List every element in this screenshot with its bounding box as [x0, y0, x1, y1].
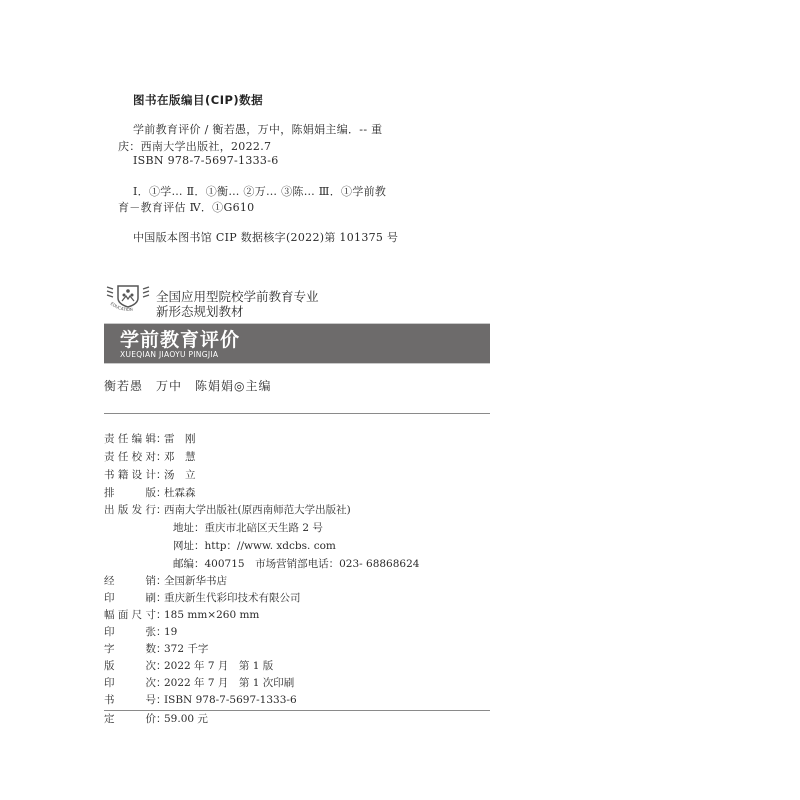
colophon-row-designer: 书籍设计：汤 立 [104, 467, 196, 483]
colophon-label: 印刷 [104, 590, 156, 606]
cip-line-2: 庆：西南大学出版社，2022.7 [118, 138, 271, 154]
colophon-value: 19 [164, 626, 177, 638]
publisher-address: 地址：重庆市北碚区天生路 2 号 [173, 520, 323, 536]
colophon-label: 经销 [104, 573, 156, 589]
colophon-value: 2022 年 7 月 第 1 版 [164, 660, 273, 672]
cip-line-isbn: ISBN 978-7-5697-1333-6 [133, 154, 279, 167]
book-authors: 衡若愚 万中 陈娟娟◎主编 [104, 377, 271, 394]
colophon-row-proofreader: 责任校对：邓 慧 [104, 449, 196, 465]
colophon-value: 西南大学出版社(原西南师范大学出版社) [164, 504, 351, 516]
colophon-value: 杜霖森 [164, 487, 196, 499]
colophon-row-edition: 版次：2022 年 7 月 第 1 版 [104, 658, 273, 674]
colophon-row-word-count: 字数：372 千字 [104, 641, 208, 657]
colophon-label: 定价 [104, 711, 156, 727]
colophon-value: 2022 年 7 月 第 1 次印刷 [164, 677, 294, 689]
colophon-row-isbn: 书号：ISBN 978-7-5697-1333-6 [104, 692, 297, 708]
colophon-label: 幅面尺寸 [104, 607, 156, 623]
cip-line-1: 学前教育评价 / 衡若愚，万中，陈娟娟主编．-- 重 [133, 121, 382, 137]
colophon-row-typesetting: 排版：杜霖森 [104, 485, 196, 501]
publisher-website: 网址：http：//www. xdcbs. com [173, 538, 336, 554]
colophon-label: 书籍设计 [104, 467, 156, 483]
colophon-value: 汤 立 [164, 469, 196, 481]
colophon-value: 重庆新生代彩印技术有限公司 [164, 592, 301, 604]
cip-line-classification-2: 育－教育评估 Ⅳ．①G610 [118, 199, 254, 215]
publisher-postcode-phone: 邮编：400715 市场营销部电话：023- 68868624 [173, 556, 419, 572]
colophon-label: 印次 [104, 675, 156, 691]
colophon-label: 书号 [104, 692, 156, 708]
colophon-label: 责任校对 [104, 449, 156, 465]
colophon-value: 372 千字 [164, 643, 208, 655]
colophon-value: ISBN 978-7-5697-1333-6 [164, 694, 297, 706]
colophon-label: 印张 [104, 624, 156, 640]
education-shield-icon: EDUCATION [104, 284, 152, 314]
colophon-row-format: 幅面尺寸：185 mm×260 mm [104, 607, 259, 623]
colophon-label: 排版 [104, 485, 156, 501]
colophon-value: 雷 刚 [164, 433, 196, 445]
colophon-row-printing: 印次：2022 年 7 月 第 1 次印刷 [104, 675, 294, 691]
book-title-pinyin: XUEQIAN JIAOYU PINGJIA [120, 350, 218, 359]
cip-title: 图书在版编目(CIP)数据 [133, 92, 263, 108]
colophon-row-printer: 印刷：重庆新生代彩印技术有限公司 [104, 590, 301, 606]
colophon-label: 责任编辑 [104, 431, 156, 447]
colophon-row-publisher: 出版发行：西南大学出版社(原西南师范大学出版社) [104, 502, 351, 518]
colophon-value: 全国新华书店 [164, 575, 227, 587]
cip-line-classification-1: Ⅰ．①学… Ⅱ．①衡… ②万… ③陈… Ⅲ．①学前教 [133, 183, 386, 199]
colophon-row-sheets: 印张：19 [104, 624, 177, 640]
colophon-value: 185 mm×260 mm [164, 609, 259, 621]
colophon-value: 邓 慧 [164, 451, 196, 463]
colophon-label: 版次 [104, 658, 156, 674]
colophon-row-price: 定价：59.00 元 [104, 711, 208, 727]
colophon-row-distributor: 经销：全国新华书店 [104, 573, 227, 589]
series-name-line-2: 新形态规划教材 [156, 302, 244, 320]
colophon-label: 出版发行 [104, 502, 156, 518]
title-banner: 学前教育评价 XUEQIAN JIAOYU PINGJIA [104, 323, 490, 364]
colophon-row-editor: 责任编辑：雷 刚 [104, 431, 196, 447]
book-title: 学前教育评价 [120, 325, 240, 352]
cip-record-number: 中国版本图书馆 CIP 数据核字(2022)第 101375 号 [133, 229, 398, 245]
colophon-value: 59.00 元 [164, 713, 208, 725]
colophon-label: 字数 [104, 641, 156, 657]
divider-top [104, 413, 490, 414]
